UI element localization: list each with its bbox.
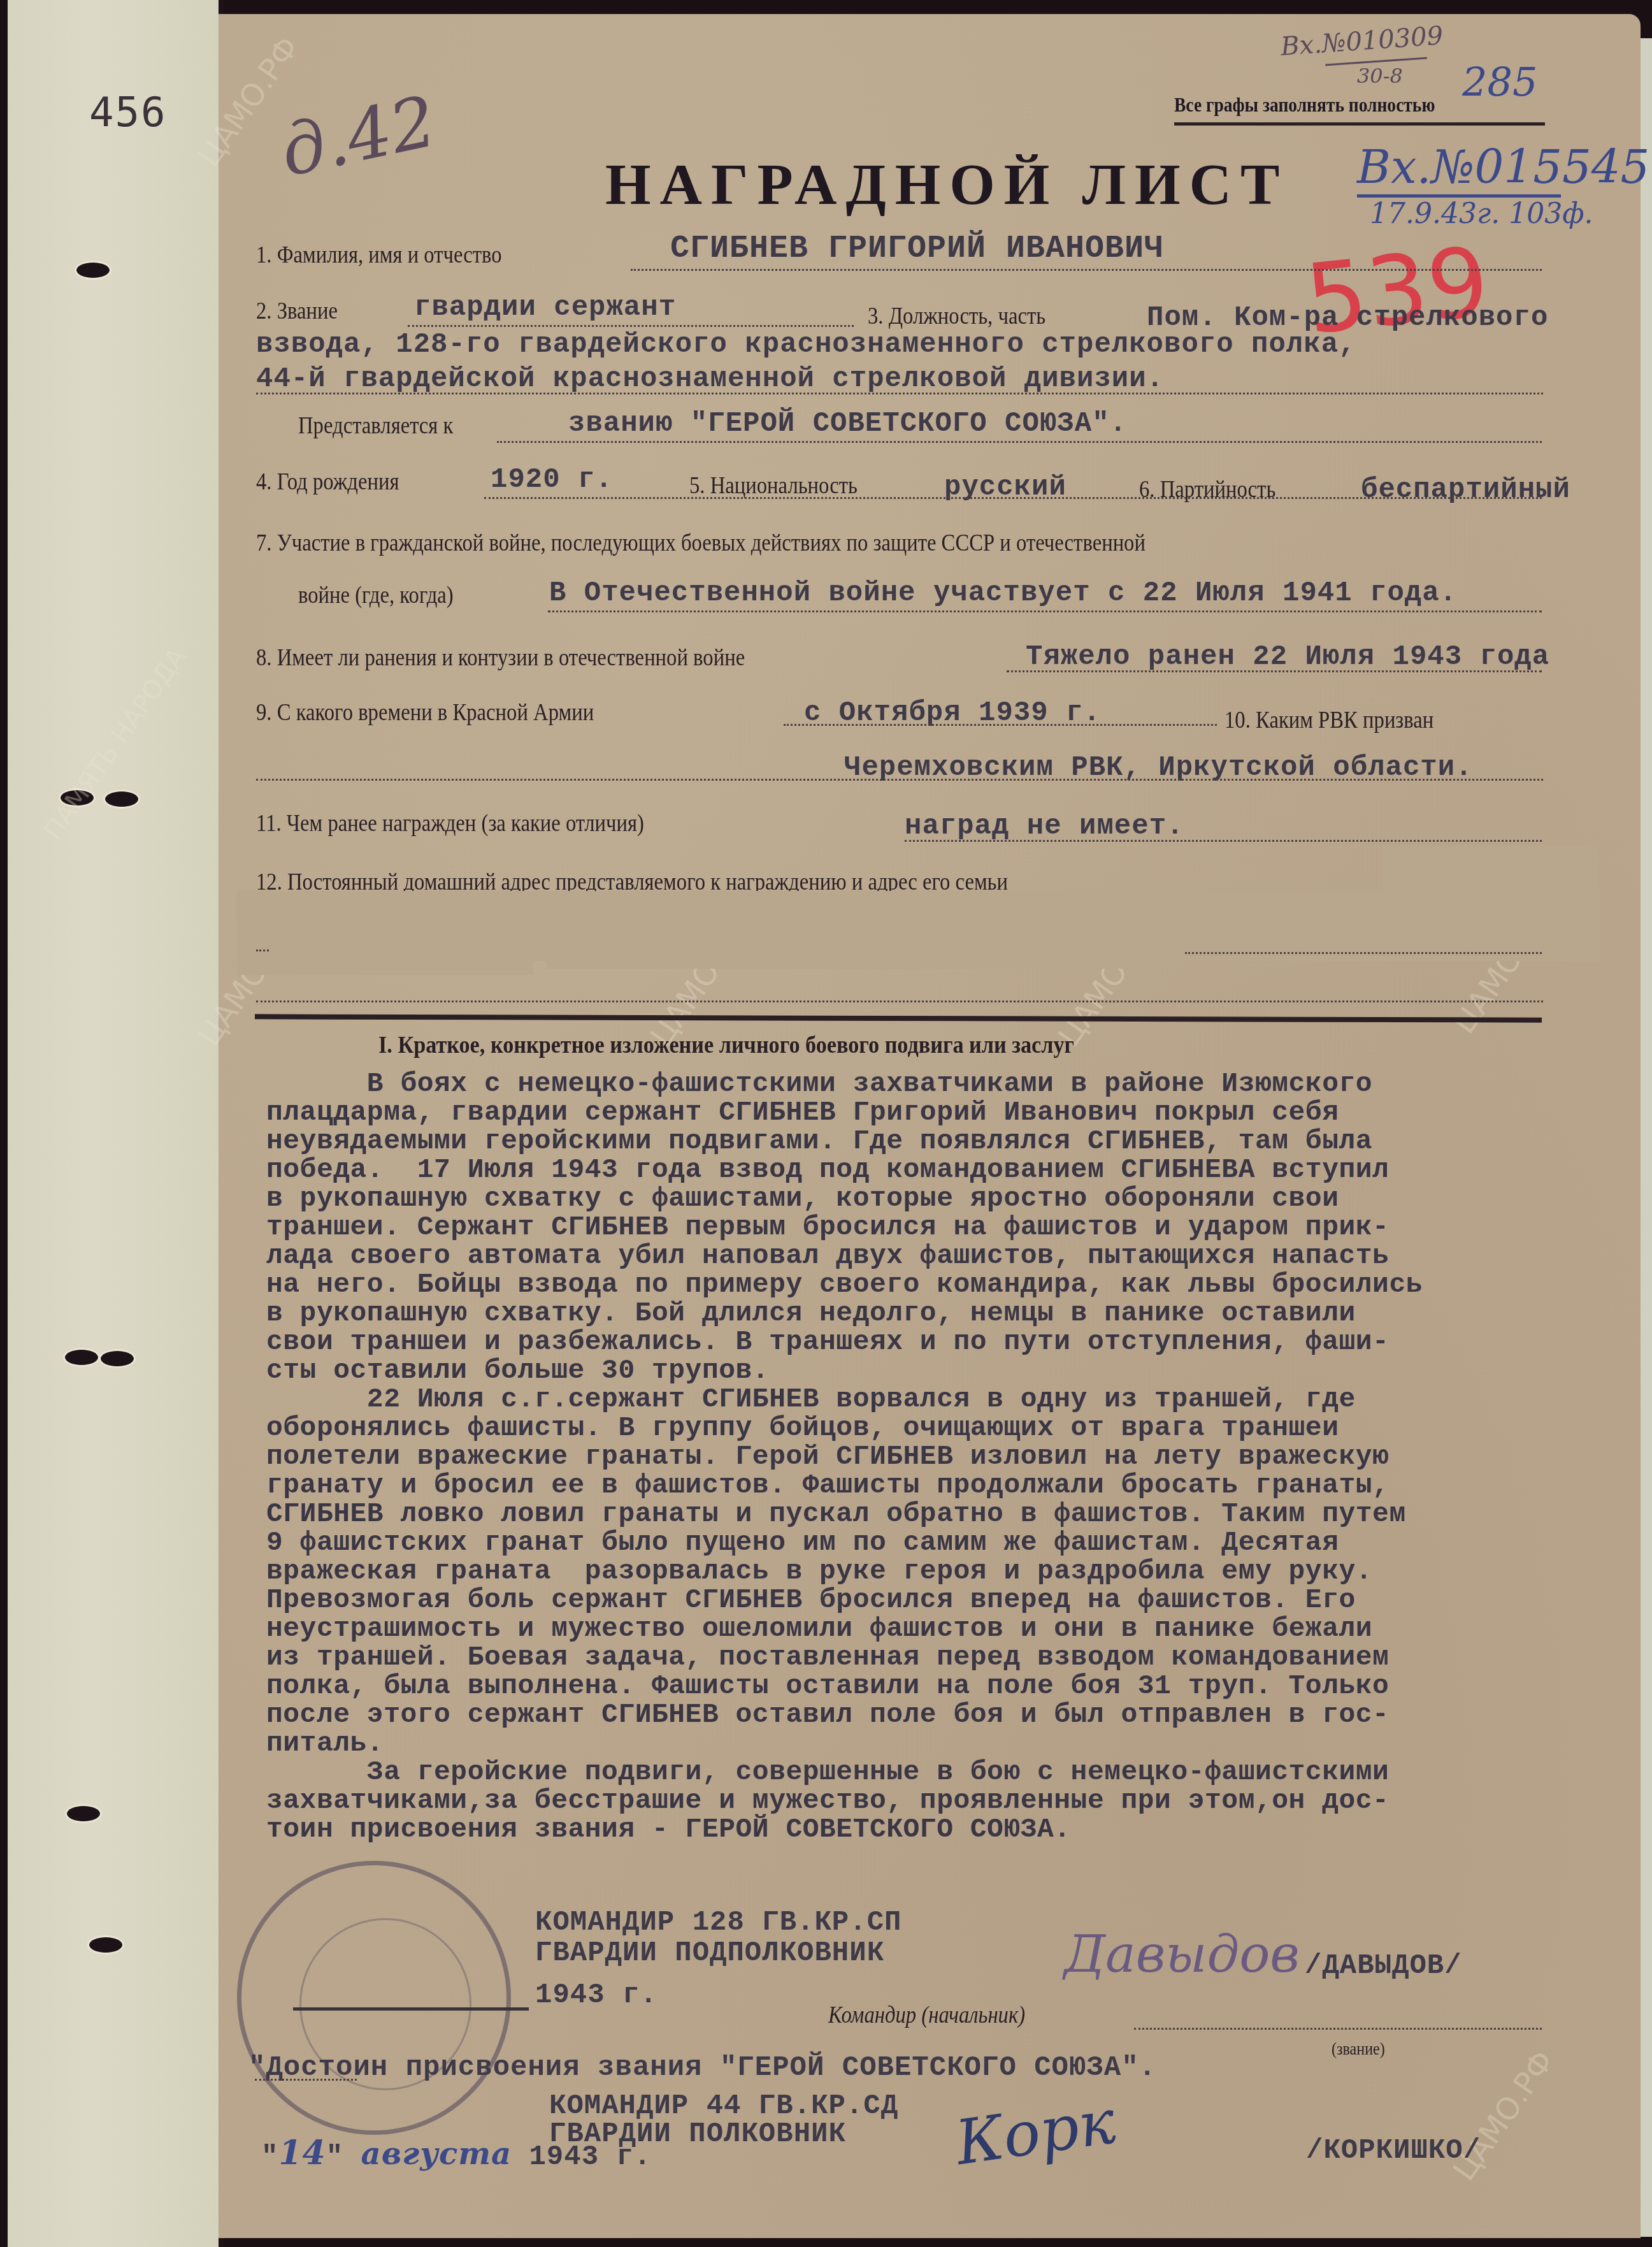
- davydov-signature: Давыдов: [1064, 1925, 1300, 1984]
- narrative-line: неустрашимость и мужество ошеломили фаши…: [266, 1614, 1423, 1643]
- binder-hole: [67, 1806, 100, 1821]
- incoming-date: 30-8: [1357, 64, 1403, 88]
- narrative-line: тоин присвоения звания - ГЕРОЙ СОВЕТСКОГ…: [266, 1815, 1423, 1844]
- narrative-line: сты оставили больше 30 трупов.: [266, 1356, 1423, 1385]
- narrative-line: победа. 17 Июля 1943 года взвод под кома…: [266, 1155, 1423, 1184]
- narrative-line: из траншей. Боевая задача, поставленная …: [266, 1643, 1423, 1672]
- narrative-line: За геройские подвиги, совершенные в бою …: [266, 1758, 1423, 1786]
- narrative-line: в рукопашную схватку. Бой длился недолго…: [266, 1299, 1423, 1327]
- field-5-label: 5. Национальность: [689, 472, 858, 500]
- narrative-line: оборонялись фашисты. В группу бойцов, оч…: [266, 1413, 1423, 1442]
- section-title: I. Краткое, конкретное изложение личного…: [378, 1031, 1074, 1059]
- narrative-line: 9 фашистских гранат было пущено им по са…: [266, 1528, 1423, 1557]
- field-3-position-line3: 44-й гвардейской краснознаменной стрелко…: [256, 363, 1164, 395]
- field-11-label: 11. Чем ранее награжден (за какие отличи…: [256, 809, 644, 837]
- division-conclusion: "Достоин присвоения звания "ГЕРОЙ СОВЕТС…: [248, 2052, 1156, 2084]
- fill-all-notice: Все графы заполнять полностью: [1174, 93, 1435, 117]
- narrative-line: питаль.: [266, 1729, 1423, 1758]
- regiment-commander-name: /ДАВЫДОВ/: [1305, 1950, 1462, 1982]
- division-commander-title: КОМАНДИР 44 ГВ.КР.СД: [549, 2090, 898, 2122]
- division-commander-name: /КОРКИШКО/: [1306, 2135, 1481, 2167]
- narrative-line: В боях с немецко-фашистскими захватчикам…: [266, 1069, 1423, 1098]
- commander-line: [1134, 2028, 1542, 2030]
- field-7-war-participation: В Отечественной войне участвует с 22 Июл…: [549, 577, 1457, 609]
- narrative-line: неувядаемыми геройскими подвигами. Где п…: [266, 1127, 1423, 1155]
- date-underline: [293, 2007, 529, 2011]
- regiment-commander-rank: ГВАРДИИ ПОДПОЛКОВНИК: [535, 1937, 884, 1969]
- binder-hole: [76, 263, 110, 278]
- field-12-line: [256, 950, 269, 951]
- redacted-block: [237, 930, 533, 975]
- field-2-line: [408, 325, 854, 327]
- binder-strip: 456: [5, 0, 219, 2247]
- field-1-full-name: СГИБНЕВ ГРИГОРИЙ ИВАНОВИЧ: [670, 231, 1164, 267]
- narrative-text: В боях с немецко-фашистскими захватчикам…: [266, 1069, 1423, 1844]
- field-1-line: [631, 269, 1542, 271]
- field-10-line: [256, 779, 1543, 781]
- narrative-line: захватчиками,за бесстрашие и мужество, п…: [266, 1786, 1423, 1815]
- registration-number: Вх.№015545: [1357, 140, 1649, 194]
- field-11-line: [905, 840, 1542, 842]
- narrative-line: полка, была выполнена. Фашисты оставили …: [266, 1672, 1423, 1700]
- division-date: "14" августа 1943 г.: [261, 2134, 651, 2173]
- narrative-line: траншеи. Сержант СГИБНЕВ первым бросился…: [266, 1213, 1423, 1241]
- field-3-line: [256, 393, 1543, 394]
- notice-underline: [1174, 122, 1545, 126]
- narrative-line: в рукопашную схватку с фашистами, которы…: [266, 1184, 1423, 1213]
- underlying-page-edge: [1641, 38, 1652, 2237]
- field-9-label: 9. С какого времени в Красной Армии: [256, 698, 594, 726]
- field-3-position-line2: взвода, 128-го гвардейского краснознамен…: [256, 329, 1356, 361]
- field-3-label: 3. Должность, часть: [868, 302, 1045, 330]
- date-month: августа: [361, 2136, 512, 2172]
- rank-caption: (звание): [1332, 2039, 1385, 2060]
- narrative-line: плацдарма, гвардии сержант СГИБНЕВ Григо…: [266, 1098, 1423, 1127]
- narrative-line: после этого сержант СГИБНЕВ оставил поле…: [266, 1700, 1423, 1729]
- field-2-label: 2. Звание: [256, 297, 338, 325]
- fields-4-6-line: [484, 497, 1542, 499]
- field-9-line: [784, 724, 1217, 726]
- field-8-label: 8. Имеет ли ранения и контузии в отечест…: [256, 644, 745, 672]
- conclusion-line: [255, 2079, 357, 2081]
- redacted-block: [547, 930, 1184, 969]
- field-10-label: 10. Каким РВК призван: [1225, 706, 1433, 734]
- narrative-line: лада своего автомата убил наповал двух ф…: [266, 1241, 1423, 1270]
- field-2-rank: гвардии сержант: [414, 292, 676, 324]
- date-year: 1943 г.: [529, 2141, 651, 2173]
- narrative-line: гранату и бросил ее в фашистов. Фашисты …: [266, 1471, 1423, 1499]
- field-4-birth-year: 1920 г.: [491, 464, 613, 496]
- nominated-line: [497, 441, 1542, 443]
- nominated-label: Представляется к: [298, 412, 453, 440]
- binder-hole: [105, 791, 138, 807]
- narrative-line: СГИБНЕВ ловко ловил гранаты и пускал обр…: [266, 1499, 1423, 1528]
- field-11-previous-awards: наград не имеет.: [905, 811, 1184, 842]
- date-day: 14: [278, 2134, 326, 2172]
- narrative-line: на него. Бойцы взвода по примеру своего …: [266, 1270, 1423, 1299]
- field-6-party: беспартийный: [1361, 474, 1570, 506]
- binder-hole: [89, 1937, 122, 1953]
- narrative-line: 22 Июля с.г.сержант СГИБНЕВ ворвался в о…: [266, 1385, 1423, 1413]
- binder-hole: [65, 1350, 98, 1365]
- field-7-label-line1: 7. Участие в гражданской войне, последую…: [256, 529, 1146, 557]
- field-8-wounds: Тяжело ранен 22 Июля 1943 года: [1026, 641, 1549, 673]
- field-8-line: [1007, 670, 1542, 672]
- regiment-signature-date: 1943 г.: [535, 1979, 657, 2011]
- field-7-label-line2: войне (где, когда): [298, 581, 454, 609]
- commander-label: Командир (начальник): [828, 2001, 1025, 2029]
- field-1-label: 1. Фамилия, имя и отчество: [256, 241, 502, 269]
- field-7-line: [548, 611, 1542, 612]
- document-title: НАГРАДНОЙ ЛИСТ: [605, 150, 1288, 218]
- narrative-line: вражеская граната разорвалась в руке гер…: [266, 1557, 1423, 1586]
- archive-file-number: 456: [89, 89, 167, 136]
- binder-hole: [101, 1351, 134, 1366]
- narrative-line: свои траншеи и разбежались. В траншеях и…: [266, 1327, 1423, 1356]
- redacted-block: [1383, 846, 1599, 891]
- field-12-line: [1185, 952, 1542, 954]
- nominated-title: званию "ГЕРОЙ СОВЕТСКОГО СОЮЗА".: [568, 408, 1127, 440]
- field-12-line: [256, 1001, 1543, 1002]
- narrative-line: Превозмогая боль сержант СГИБНЕВ бросилс…: [266, 1586, 1423, 1614]
- regiment-commander-title: КОМАНДИР 128 ГВ.КР.СП: [535, 1907, 902, 1939]
- registration-date: 17.9.43г. 103ф.: [1370, 198, 1593, 230]
- field-4-label: 4. Год рождения: [256, 468, 399, 496]
- blue-sheet-number: 285: [1462, 59, 1537, 105]
- field-6-label: 6. Партийность: [1139, 475, 1275, 503]
- narrative-line: полетели вражеские гранаты. Герой СГИБНЕ…: [266, 1442, 1423, 1471]
